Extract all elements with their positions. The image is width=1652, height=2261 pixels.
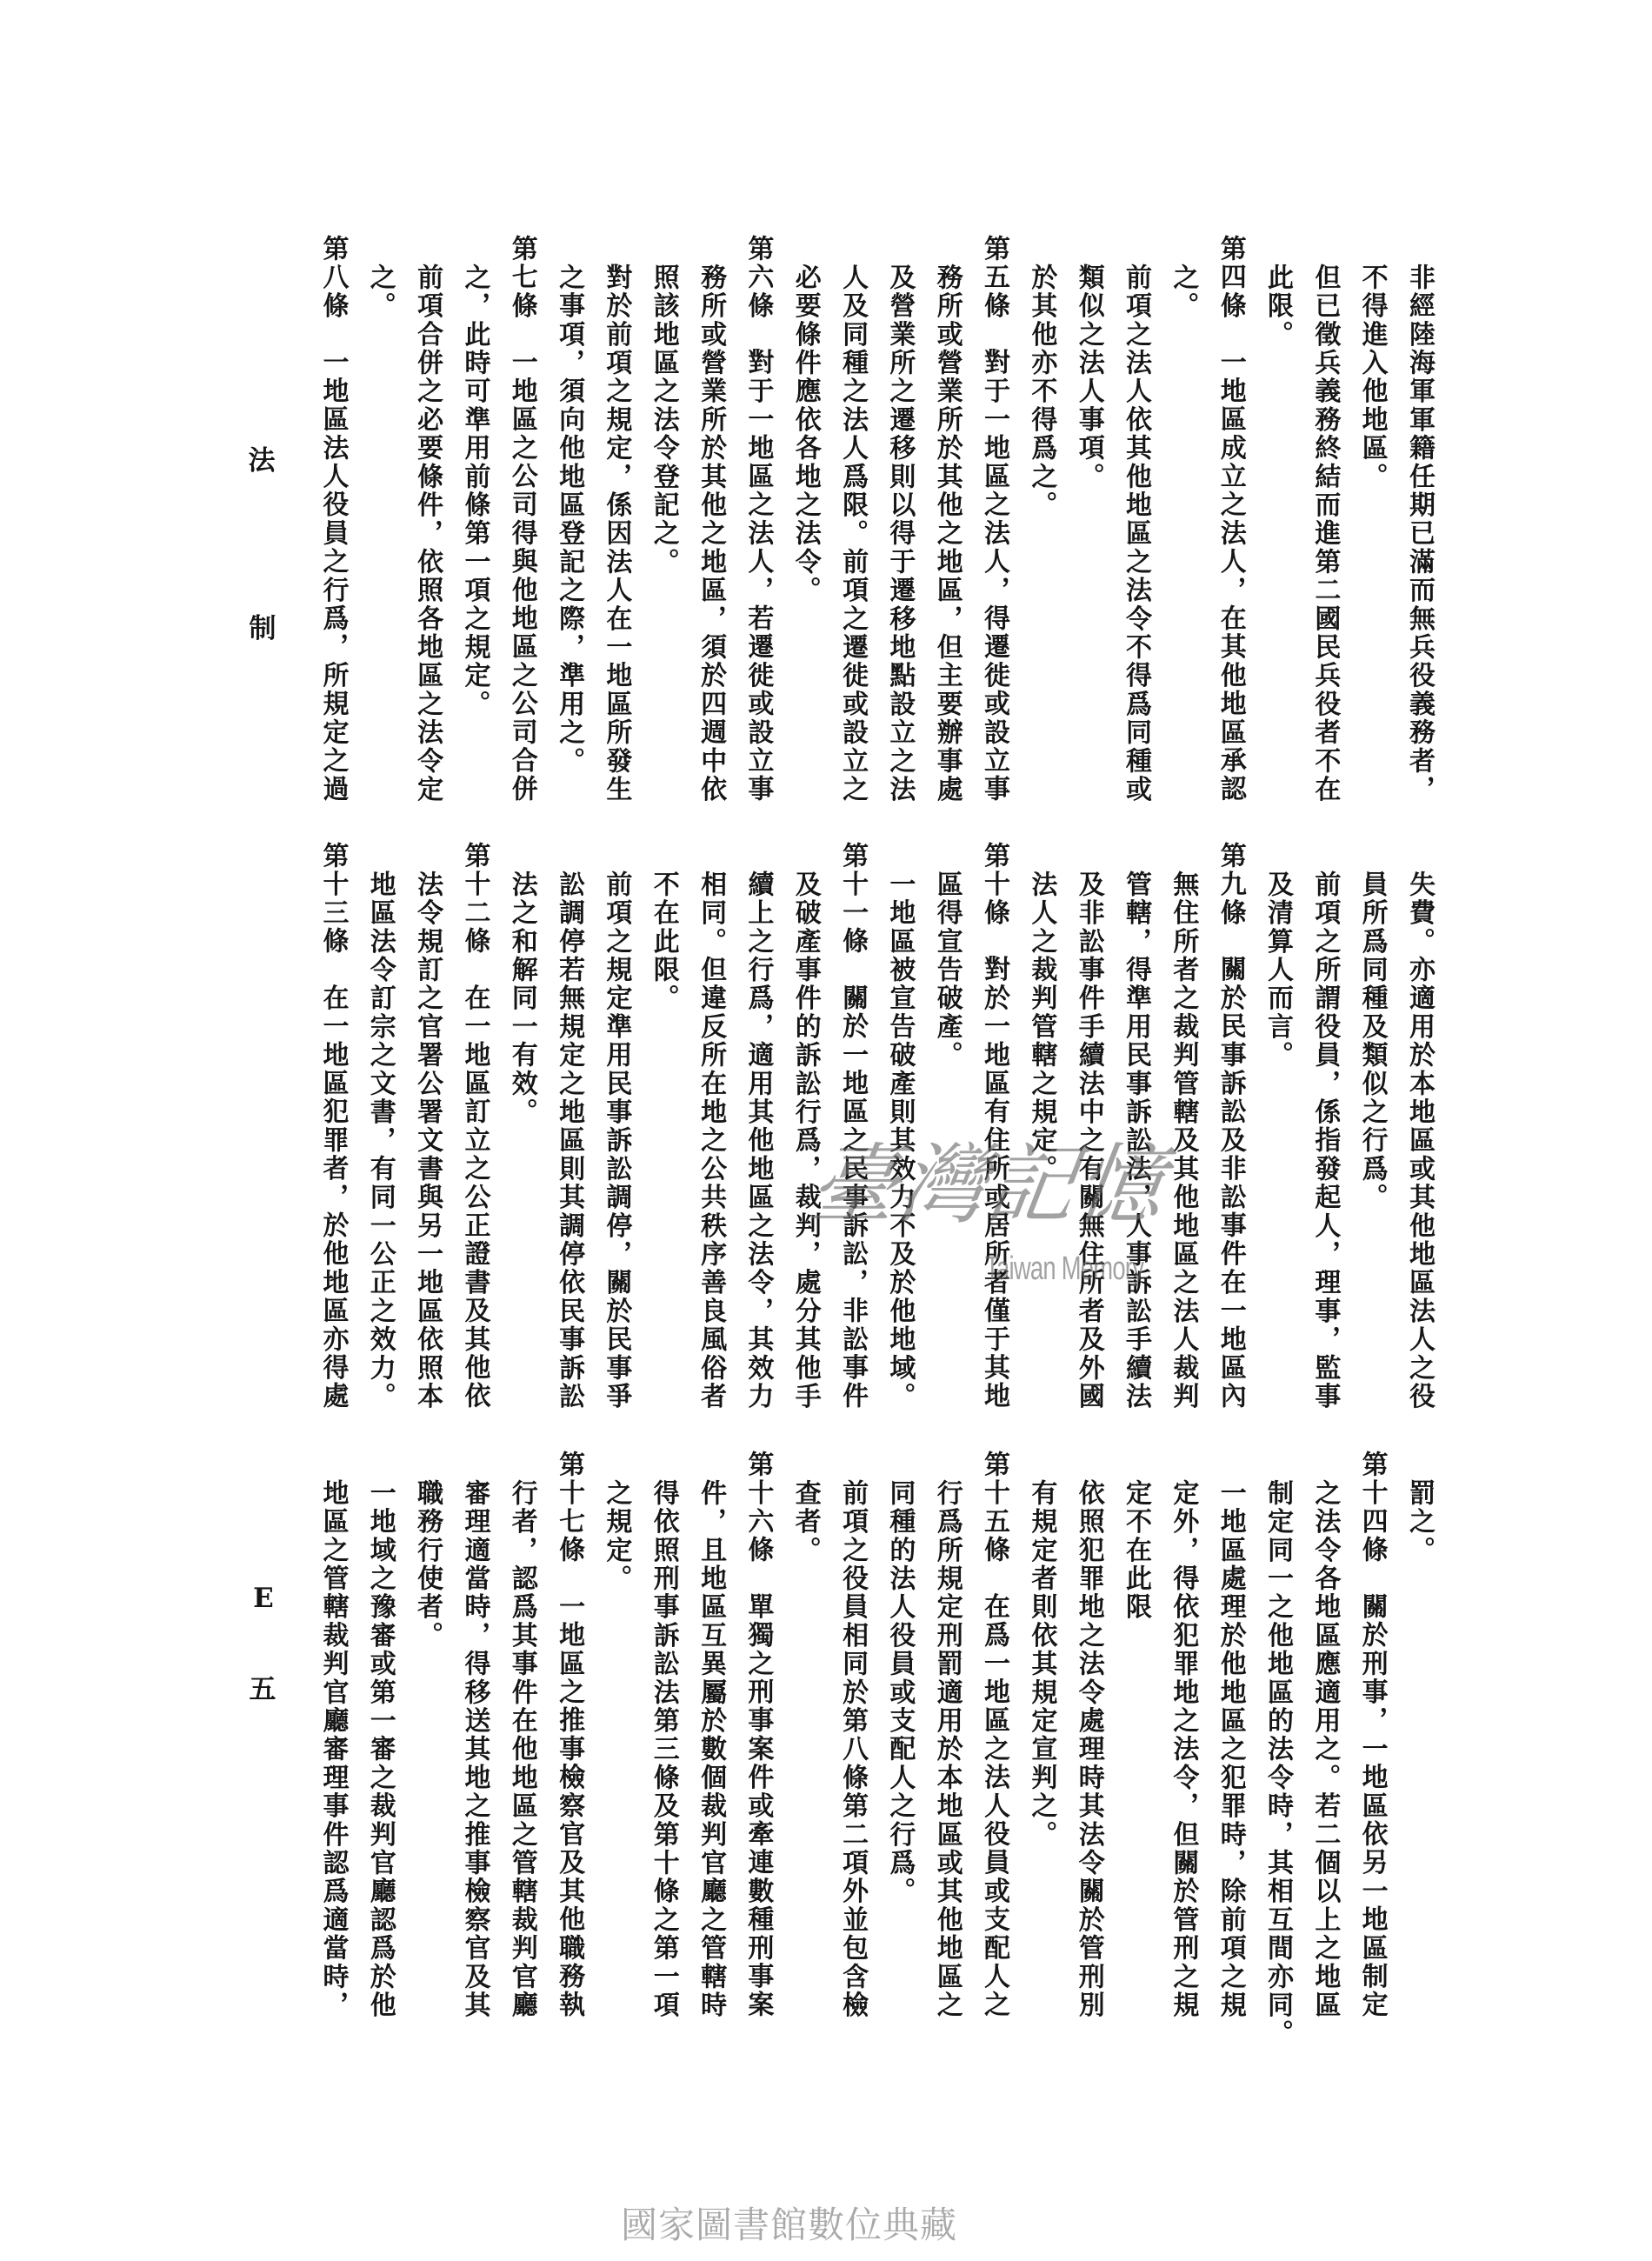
text-column: 制定同一之他地區的法令時，其相互間亦同。	[1254, 1451, 1301, 2048]
article-heading-column: 第十六條 單獨之刑事案件或牽連數種刑事案	[734, 1451, 781, 2019]
text-column: 之，此時可準用前條第一項之規定。	[450, 235, 497, 718]
text-column: 類似之法人事項。	[1064, 235, 1111, 490]
text-column: 訟調停若無規定之地區則其調停依民事訴訟	[545, 842, 592, 1411]
text-column: 職務行使者。	[403, 1451, 450, 1650]
text-column: 之。	[356, 235, 403, 320]
text-column: 區得宣告破產。	[923, 842, 969, 1070]
article-heading-column: 第六條 對于一地區之法人，若遷徙或設立事	[734, 235, 781, 804]
text-column: 地區法令訂宗之文書，有同一公正之效力。	[356, 842, 403, 1411]
text-column: 之規定。	[592, 1451, 639, 1593]
text-column: 及營業所之遷移則以得于遷移地點設立之法	[876, 235, 923, 804]
text-column: 之法令各地區應適用之。若二個以上之地區	[1301, 1451, 1348, 2019]
text-column: 及清算人而言。	[1254, 842, 1301, 1070]
margin-label-fa: 法	[244, 446, 279, 476]
text-column: 非經陸海軍軍籍任期已滿而無兵役義務者，	[1396, 235, 1442, 804]
article-heading-column: 第十七條 一地區之推事檢察官及其他職務執	[545, 1451, 592, 2019]
article-heading-column: 第十三條 在一地區犯罪者，於他地區亦得處	[309, 842, 356, 1411]
text-column: 此限。	[1254, 235, 1301, 349]
text-column: 行爲所規定刑罰適用於本地區或其他地區之	[923, 1451, 969, 2019]
text-column: 於其他亦不得爲之。	[1017, 235, 1064, 519]
text-column: 法之和解同一有效。	[497, 842, 544, 1126]
footer-credit: 國家圖書館數位典藏	[621, 2202, 957, 2249]
article-heading-column: 第七條 一地區之公司得與他地區之公司合併	[497, 235, 544, 804]
watermark-logo-text: 臺灣記憶	[801, 1120, 1174, 1251]
text-column: 地區之管轄裁判官廳審理事件認爲適當時，	[309, 1451, 356, 2019]
article-heading-column: 第十五條 在爲一地區之法人役員或支配人之	[970, 1451, 1017, 2019]
text-column: 但已徵兵義務終結而進第二國民兵役者不在	[1301, 235, 1348, 804]
page-number-part-2: 五	[245, 1675, 280, 1704]
article-heading-column: 第五條 對于一地區之法人，得遷徙或設立事	[970, 235, 1017, 804]
article-heading-column: 第四條 一地區成立之法人，在其他地區承認	[1206, 235, 1253, 804]
text-column: 不在此限。	[639, 842, 686, 1012]
margin-label-zhi: 制	[245, 614, 280, 644]
text-column: 同種的法人役員或支配人之行爲。	[876, 1451, 923, 1905]
text-column: 之。	[1159, 235, 1206, 320]
text-column: 有規定者則依其規定宣判之。	[1017, 1451, 1064, 1849]
page-number-part-1: E	[246, 1584, 281, 1613]
text-column: 必要條件應依各地之法令。	[781, 235, 828, 604]
text-column: 依照犯罪地之法令處理時其法令關於管刑別	[1064, 1451, 1111, 2019]
text-column: 員所爲同種及類似之行爲。	[1348, 842, 1395, 1211]
text-column: 得依照刑事訴訟法第三條及第十條之第一項	[639, 1451, 686, 2019]
text-column: 行者，認爲其事件在他地區之管轄裁判官廳	[497, 1451, 544, 2019]
text-column: 查者。	[781, 1451, 828, 1564]
article-heading-column: 第九條 關於民事訴訟及非訟事件在一地區內	[1206, 842, 1253, 1411]
text-column: 不得進入他地區。	[1348, 235, 1395, 490]
text-column: 照該地區之法令登記之。	[639, 235, 686, 576]
text-column: 務所或營業所於其他之地區，須於四週中依	[687, 235, 734, 804]
text-column: 續上之行爲，適用其他地區之法令，其效力	[734, 842, 781, 1411]
text-column: 人及同種之法人爲限。前項之遷徙或設立之	[829, 235, 876, 804]
text-column: 前項合併之必要條件，依照各地區之法令定	[403, 235, 450, 804]
text-column: 一地區處理於他地區之犯罪時，除前項之規	[1206, 1451, 1253, 2019]
text-column: 之事項，須向他地區登記之際，準用之。	[545, 235, 592, 775]
document-page: 法 制 E 五 非經陸海軍軍籍任期已滿而無兵役義務者， 不得進入他地區。 但已徵…	[0, 0, 1652, 2261]
text-column: 前項之法人依其他地區之法令不得爲同種或	[1112, 235, 1159, 804]
watermark-subtitle: Taiwan Memory	[985, 1250, 1143, 1288]
top-text-block: 非經陸海軍軍籍任期已滿而無兵役義務者， 不得進入他地區。 但已徵兵義務終結而進第…	[309, 235, 1442, 804]
text-column: 失費。亦適用於本地區或其他地區法人之役	[1396, 842, 1442, 1411]
text-column: 前項之役員相同於第八條第二項外並包含檢	[829, 1451, 876, 2019]
text-column: 對於前項之規定，係因法人在一地區所發生	[592, 235, 639, 804]
text-column: 相同。但違反所在地之公共秩序善良風俗者	[687, 842, 734, 1411]
text-column: 前項之所謂役員，係指發起人，理事，監事	[1301, 842, 1348, 1411]
text-column: 法令規訂之官署公署文書與另一地區依照本	[403, 842, 450, 1411]
article-heading-column: 第八條 一地區法人役員之行爲，所規定之過	[309, 235, 356, 804]
bottom-text-block: 罰之。 第十四條 關於刑事，一地區依另一地區制定 之法令各地區應適用之。若二個以…	[309, 1451, 1442, 2048]
article-heading-column: 第十四條 關於刑事，一地區依另一地區制定	[1348, 1451, 1395, 2019]
text-column: 審理適當時，得移送其地之推事檢察官及其	[450, 1451, 497, 2019]
text-column: 務所或營業所於其他之地區，但主要辦事處	[923, 235, 969, 804]
article-heading-column: 第十二條 在一地區訂立之公正證書及其他依	[450, 842, 497, 1411]
text-column: 定外，得依犯罪地之法令，但關於管刑之規	[1159, 1451, 1206, 2019]
text-column: 一地域之豫審或第一審之裁判官廳認爲於他	[356, 1451, 403, 2019]
text-column: 件，且地區互異屬於數個裁判官廳之管轄時	[687, 1451, 734, 2019]
text-column: 定不在此限	[1112, 1451, 1159, 1621]
text-column: 前項之規定準用民事訴訟調停，關於民事爭	[592, 842, 639, 1411]
text-column: 罰之。	[1396, 1451, 1442, 1564]
